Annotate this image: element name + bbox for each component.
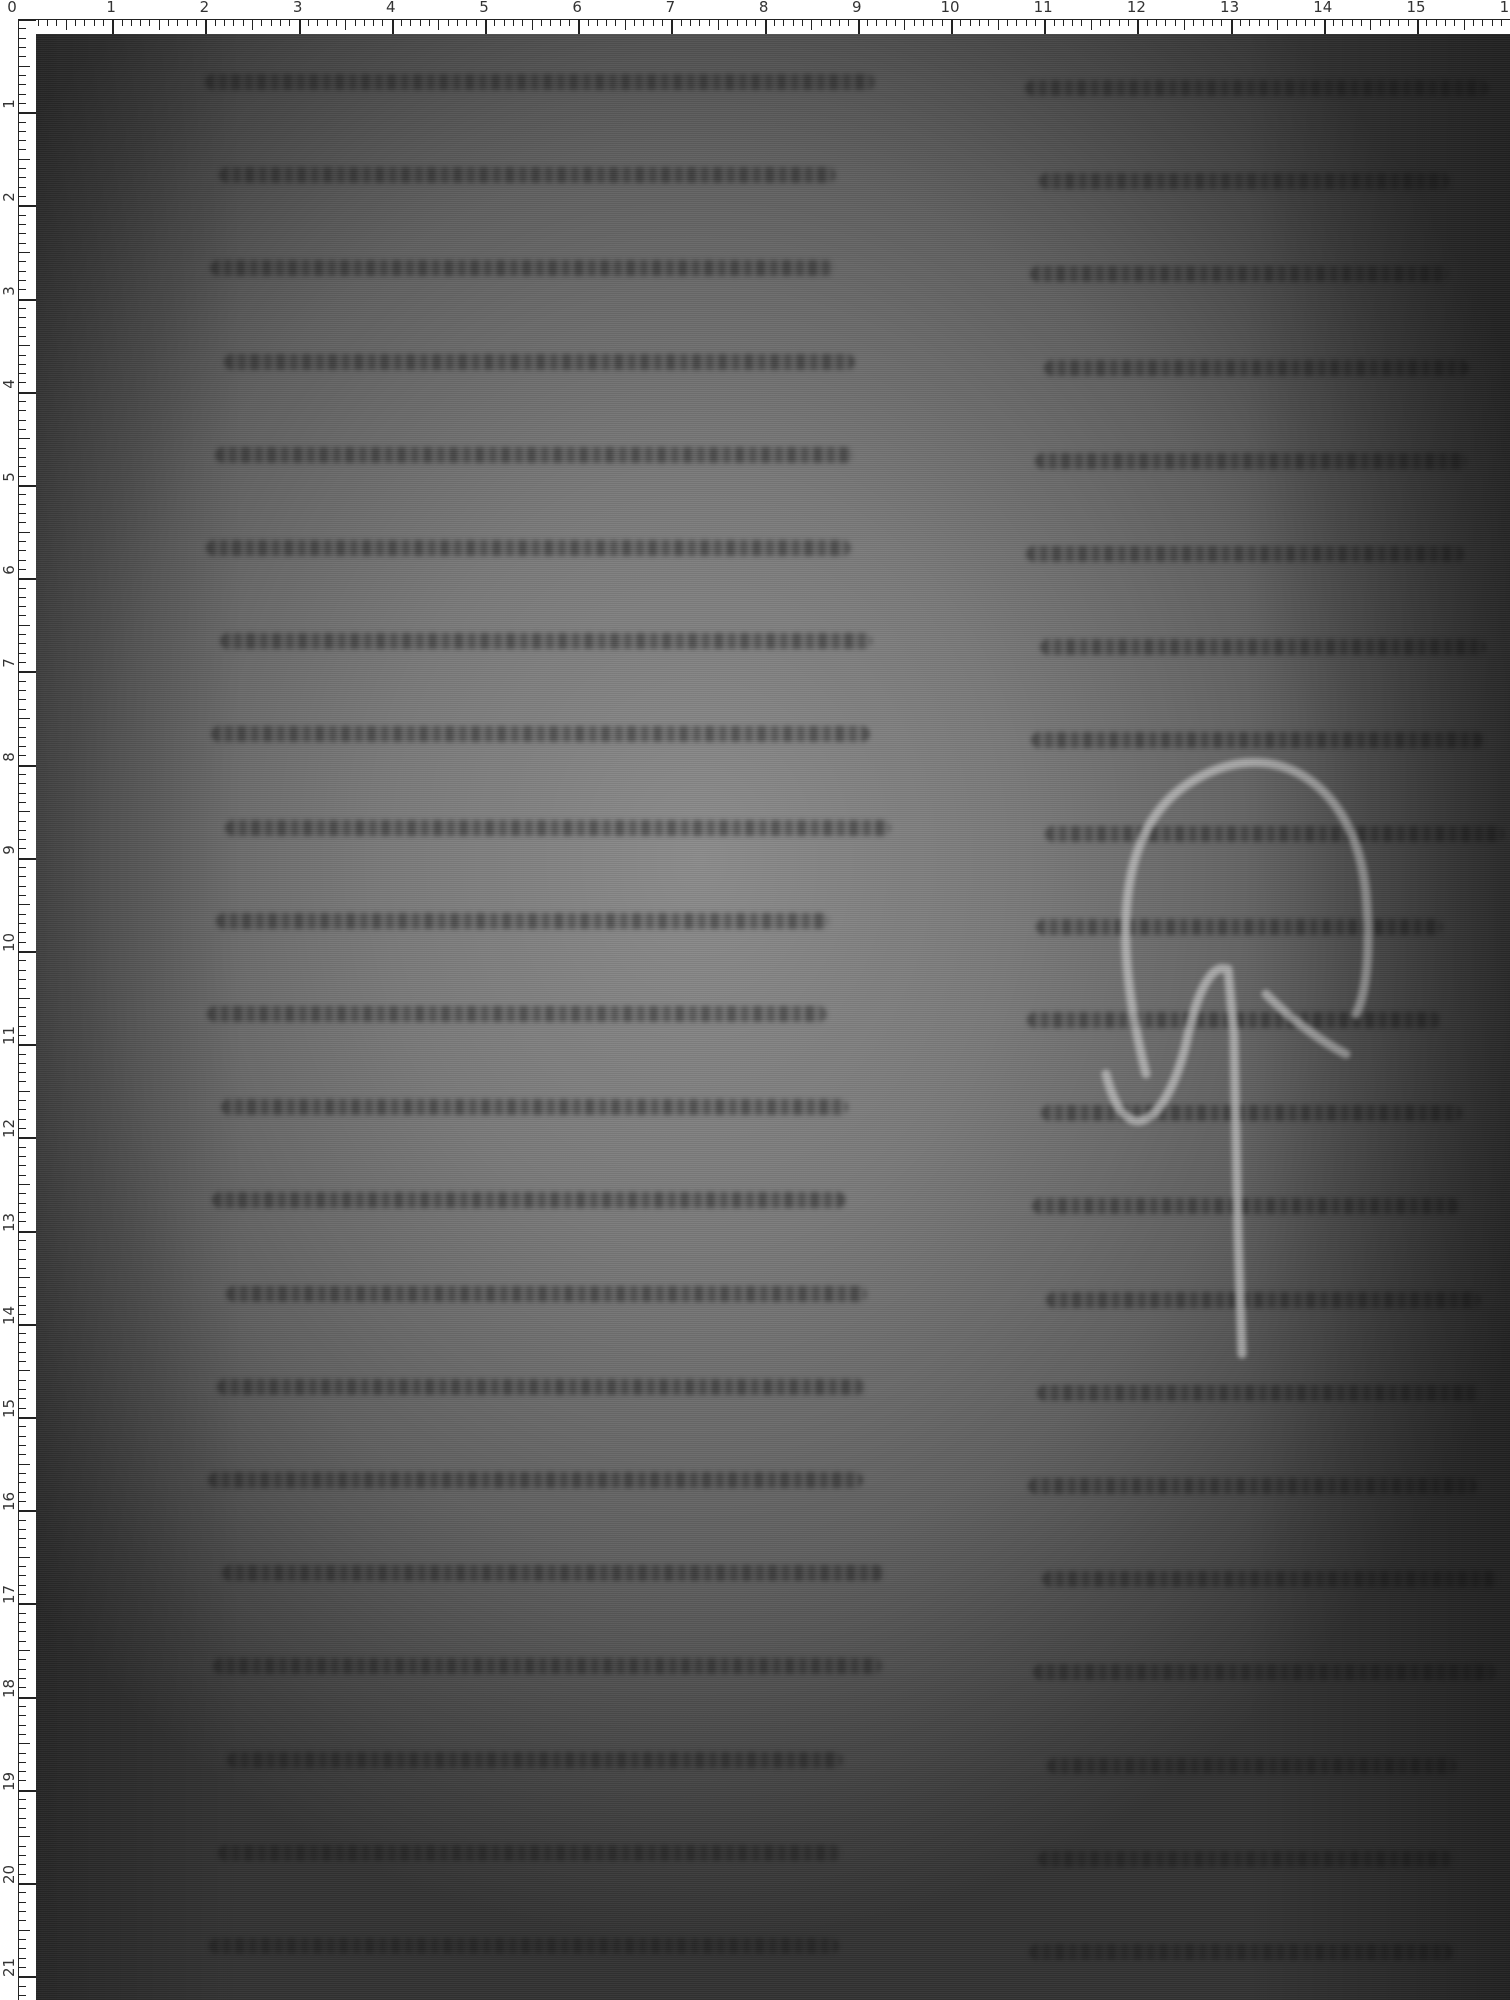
ruler-tick <box>19 1818 26 1819</box>
ruler-label: 0 <box>7 0 17 15</box>
ruler-tick <box>19 1715 26 1716</box>
ruler-tick <box>19 653 26 654</box>
ruler-tick <box>19 1510 36 1512</box>
ruler-tick <box>699 20 700 26</box>
ruler-label: 9 <box>852 0 862 15</box>
ruler-label: 8 <box>1 748 17 766</box>
ruler-tick <box>19 1920 26 1921</box>
ruler-tick <box>1128 20 1129 26</box>
ruler-tick <box>1277 20 1278 30</box>
ruler-tick <box>19 1147 26 1148</box>
ruler-tick <box>19 1855 26 1856</box>
ruler-tick <box>19 224 26 225</box>
ruler-tick <box>19 1408 26 1409</box>
ruler-tick <box>19 848 26 849</box>
ruler-label: 4 <box>386 0 396 15</box>
ruler-tick <box>19 1352 26 1353</box>
ruler-tick <box>19 1212 26 1213</box>
ruler-tick <box>345 20 346 30</box>
ruler-tick <box>1501 20 1502 26</box>
ruler-tick <box>1408 20 1409 26</box>
ruler-tick <box>1464 20 1465 30</box>
ruler-tick <box>876 20 877 26</box>
ruler-tick <box>19 1296 26 1297</box>
ruler-label: 4 <box>1 375 17 393</box>
ruler-tick <box>19 699 26 700</box>
ruler-tick <box>1026 20 1027 26</box>
ruler-tick <box>19 336 26 337</box>
ruler-tick <box>19 727 26 728</box>
ruler-tick <box>1100 20 1101 26</box>
ruler-tick <box>19 345 30 346</box>
ruler-tick <box>998 20 999 30</box>
ruler-tick <box>19 1603 36 1605</box>
ruler-tick <box>19 1436 26 1437</box>
ruler-tick <box>19 1650 30 1651</box>
ruler-tick <box>19 588 26 589</box>
ruler-tick <box>886 20 887 26</box>
ruler-tick <box>19 1547 26 1548</box>
ruler-tick <box>634 20 635 26</box>
ruler-tick <box>19 1874 26 1875</box>
ruler-tick <box>19 1063 26 1064</box>
ruler-tick <box>19 858 36 860</box>
horizontal-ruler <box>18 19 1510 34</box>
ruler-tick <box>19 876 26 877</box>
ruler-tick <box>1147 20 1148 26</box>
ruler-label: 15 <box>1 1400 17 1418</box>
ruler-tick <box>19 299 36 301</box>
ruler-tick <box>19 942 26 943</box>
ruler-tick <box>19 904 30 905</box>
ruler-tick <box>112 20 114 35</box>
ruler-tick <box>420 20 421 26</box>
ruler-tick <box>848 20 849 26</box>
ruler-tick <box>19 215 26 216</box>
ruler-tick <box>1212 20 1213 26</box>
ruler-tick <box>1007 20 1008 26</box>
ruler-tick <box>597 20 598 26</box>
ruler-label: 1 <box>106 0 116 15</box>
ruler-tick <box>19 541 26 542</box>
ruler-tick <box>979 20 980 26</box>
ruler-tick <box>19 373 26 374</box>
ruler-tick <box>895 20 896 26</box>
ruler-tick <box>19 1016 26 1017</box>
ruler-tick <box>19 38 26 39</box>
ruler-tick <box>1314 20 1315 26</box>
ruler-tick <box>1389 20 1390 26</box>
ruler-tick <box>19 1622 26 1623</box>
ruler-tick <box>19 1948 26 1949</box>
ruler-tick <box>504 20 505 26</box>
ruler-tick <box>196 20 197 26</box>
manuscript-scan <box>36 34 1510 2000</box>
ruler-tick <box>970 20 971 26</box>
ruler-tick <box>19 56 26 57</box>
ruler-tick <box>19 560 26 561</box>
vertical-ruler <box>18 19 35 2000</box>
ruler-tick <box>19 1743 30 1744</box>
ruler-tick <box>19 1100 26 1101</box>
ruler-tick <box>19 550 26 551</box>
ruler-tick <box>19 1762 26 1763</box>
ruler-tick <box>19 1771 26 1772</box>
ruler-tick <box>19 1976 36 1978</box>
ruler-tick <box>336 20 337 26</box>
ruler-tick <box>19 1529 26 1530</box>
ruler-tick <box>951 20 953 35</box>
ruler-tick <box>19 914 26 915</box>
ruler-tick <box>19 280 26 281</box>
ruler-tick <box>19 494 26 495</box>
ruler-tick <box>19 1231 36 1233</box>
ruler-tick <box>19 1995 26 1996</box>
ruler-tick <box>19 1883 36 1885</box>
ruler-tick <box>19 243 26 244</box>
ruler-tick <box>494 20 495 26</box>
ruler-tick <box>578 20 580 35</box>
ruler-tick <box>1156 20 1157 26</box>
ruler-tick <box>793 20 794 26</box>
ruler-tick <box>233 20 234 26</box>
ruler-tick <box>1109 20 1110 26</box>
ruler-tick <box>19 1958 26 1959</box>
ruler-tick <box>19 1836 30 1837</box>
ruler-tick <box>1249 20 1250 26</box>
ruler-tick <box>19 671 36 673</box>
ruler-tick <box>19 1361 26 1362</box>
ruler-label: 12 <box>1 1120 17 1138</box>
ruler-tick <box>448 20 449 26</box>
ruler-tick <box>159 20 160 30</box>
ruler-tick <box>1221 20 1222 26</box>
ruler-tick <box>364 20 365 26</box>
ruler-tick <box>261 20 262 26</box>
ruler-tick <box>19 94 26 95</box>
ruler-tick <box>560 20 561 26</box>
ruler-tick <box>19 317 26 318</box>
ruler-tick <box>19 951 36 953</box>
ruler-tick <box>1398 20 1399 26</box>
ruler-tick <box>19 606 26 607</box>
ruler-tick <box>19 1203 26 1204</box>
ruler-tick <box>19 466 26 467</box>
ruler-label: 13 <box>1 1214 17 1232</box>
ruler-tick <box>19 1333 26 1334</box>
ruler-tick <box>709 20 710 26</box>
ruler-tick <box>904 20 905 30</box>
ruler-tick <box>19 513 26 514</box>
ruler-tick <box>1072 20 1073 26</box>
ruler-tick <box>681 20 682 26</box>
ruler-tick <box>19 1585 26 1586</box>
ruler-tick <box>1370 20 1371 30</box>
ruler-tick <box>19 774 26 775</box>
ruler-tick <box>550 20 551 26</box>
ruler-tick <box>19 1659 26 1660</box>
ruler-tick <box>19 327 26 328</box>
ruler-tick <box>466 20 467 26</box>
ruler-tick <box>19 1566 26 1567</box>
ruler-tick <box>19 1165 26 1166</box>
ruler-tick <box>19 793 26 794</box>
ruler-tick <box>1417 20 1419 35</box>
ruler-tick <box>19 420 26 421</box>
ruler-tick <box>19 261 26 262</box>
ruler-tick <box>1035 20 1036 26</box>
ruler-label: 21 <box>1 1959 17 1977</box>
ruler-label: 9 <box>1 841 17 859</box>
ruler-tick <box>19 578 36 580</box>
ruler-tick <box>1081 20 1082 26</box>
ruler-tick <box>187 20 188 26</box>
ruler-tick <box>19 28 26 29</box>
ruler-tick <box>373 20 374 26</box>
ruler-tick <box>19 187 26 188</box>
ruler-label: 2 <box>1 188 17 206</box>
ruler-tick <box>1044 20 1046 35</box>
ruler-tick <box>429 20 430 26</box>
ruler-tick <box>1342 20 1343 26</box>
ruler-tick <box>19 1268 26 1269</box>
ruler-tick <box>606 20 607 26</box>
ruler-tick <box>19 485 36 487</box>
ruler-tick <box>19 308 26 309</box>
ruler-tick <box>19 597 26 598</box>
ruler-tick <box>569 20 570 26</box>
ruler-tick <box>19 364 26 365</box>
ruler-tick <box>19 746 26 747</box>
ruler-tick <box>1287 20 1288 26</box>
ruler-tick <box>19 1892 26 1893</box>
ruler-tick <box>289 20 290 26</box>
ruler-tick <box>19 1072 26 1073</box>
ruler-tick <box>662 20 663 26</box>
ruler-tick <box>802 20 803 26</box>
ruler-tick <box>625 20 626 30</box>
ruler-tick <box>19 1687 26 1688</box>
ruler-tick <box>19 643 26 644</box>
ruler-tick <box>149 20 150 26</box>
ruler-tick <box>19 634 26 635</box>
ruler-tick <box>19 783 26 784</box>
ruler-tick <box>988 20 989 26</box>
ruler-tick <box>317 20 318 26</box>
ruler-tick <box>19 47 26 48</box>
ruler-tick <box>401 20 402 26</box>
ruler-tick <box>19 504 26 505</box>
ruler-tick <box>19 438 30 439</box>
ruler-tick <box>19 1314 26 1315</box>
ruler-tick <box>19 168 26 169</box>
ruler-tick <box>1184 20 1185 30</box>
ruler-tick <box>541 20 542 26</box>
ruler-tick <box>19 1902 26 1903</box>
ruler-tick <box>280 20 281 26</box>
ruler-tick <box>19 1454 26 1455</box>
ruler-tick <box>615 20 616 26</box>
ruler-tick <box>19 1277 30 1278</box>
ruler-tick <box>690 20 691 26</box>
ruler-tick <box>19 1175 26 1176</box>
ruler-tick <box>47 20 48 26</box>
ruler-tick <box>252 20 253 30</box>
ruler-tick <box>765 20 767 35</box>
ruler-tick <box>1240 20 1241 26</box>
ruler-tick <box>1016 20 1017 26</box>
ruler-tick <box>19 382 26 383</box>
ruler-tick <box>1193 20 1194 26</box>
ruler-tick <box>1482 20 1483 26</box>
ruler-label: 16 <box>1500 0 1510 15</box>
ruler-tick <box>392 20 394 35</box>
ruler-tick <box>19 457 26 458</box>
ruler-tick <box>382 20 383 26</box>
ruler-tick <box>821 20 822 26</box>
ruler-label: 10 <box>1 934 17 952</box>
ruler-tick <box>19 140 26 141</box>
ruler-tick <box>1259 20 1260 26</box>
ruler-tick <box>19 1398 26 1399</box>
ruler-tick <box>19 205 36 207</box>
ruler-label: 7 <box>1 654 17 672</box>
ruler-tick <box>19 410 26 411</box>
ruler-tick <box>19 662 26 663</box>
ruler-tick <box>19 811 30 812</box>
ruler-tick <box>19 112 36 114</box>
ruler-tick <box>19 960 26 961</box>
ruler-tick <box>19 625 30 626</box>
ruler-tick <box>19 1128 26 1129</box>
ruler-tick <box>19 233 26 234</box>
ruler-tick <box>19 737 26 738</box>
ruler-tick <box>19 1575 26 1576</box>
ruler-tick <box>19 429 26 430</box>
ruler-tick <box>19 1221 26 1222</box>
ruler-tick <box>19 1035 26 1036</box>
ruler-tick <box>1054 20 1055 26</box>
ruler-tick <box>1203 20 1204 26</box>
ruler-tick <box>1137 20 1139 35</box>
ruler-tick <box>19 1967 26 1968</box>
ruler-tick <box>476 20 477 26</box>
ruler-tick <box>914 20 915 26</box>
ruler-tick <box>1361 20 1362 26</box>
ruler-tick <box>19 1137 36 1139</box>
ruler-tick <box>271 20 272 26</box>
ruler-tick <box>299 20 301 35</box>
ruler-tick <box>19 895 26 896</box>
ruler-tick <box>38 20 39 26</box>
ruler-tick <box>19 1380 26 1381</box>
ruler-label: 3 <box>1 282 17 300</box>
ruler-tick <box>1119 20 1120 26</box>
ruler-tick <box>84 20 85 26</box>
ruler-label: 3 <box>293 0 303 15</box>
ruler-tick <box>19 923 26 924</box>
ruler-tick <box>19 149 26 150</box>
ruler-tick <box>19 401 26 402</box>
ruler-tick <box>19 75 26 76</box>
ruler-tick <box>19 979 26 980</box>
ruler-tick <box>653 20 654 26</box>
ruler-tick <box>19 1026 26 1027</box>
ruler-tick <box>19 886 26 887</box>
ruler-label: 13 <box>1220 0 1239 15</box>
ruler-label: 8 <box>759 0 769 15</box>
ruler-tick <box>19 1482 26 1483</box>
ruler-tick <box>355 20 356 26</box>
ruler-tick <box>94 20 95 26</box>
ruler-tick <box>19 1464 30 1465</box>
ruler-tick <box>643 20 644 26</box>
ruler-tick <box>19 1342 26 1343</box>
ruler-tick <box>942 20 943 26</box>
ruler-label: 11 <box>1034 0 1053 15</box>
ruler-label: 14 <box>1 1307 17 1325</box>
ruler-tick <box>1473 20 1474 26</box>
ruler-tick <box>19 1054 26 1055</box>
ruler-tick <box>1426 20 1427 26</box>
ruler-tick <box>19 196 26 197</box>
ruler-tick <box>830 20 831 26</box>
ruler-tick <box>19 1492 26 1493</box>
ruler-tick <box>923 20 924 26</box>
ruler-tick <box>1445 20 1446 26</box>
ruler-tick <box>19 765 36 767</box>
ruler-tick <box>737 20 738 26</box>
ruler-label: 10 <box>940 0 959 15</box>
ruler-label: 6 <box>572 0 582 15</box>
ruler-tick <box>19 1669 26 1670</box>
ruler-tick <box>19 1389 26 1390</box>
ruler-tick <box>19 1091 30 1092</box>
ruler-tick <box>19 867 26 868</box>
ruler-tick <box>1352 20 1353 26</box>
ruler-label: 5 <box>479 0 489 15</box>
ruler-tick <box>858 20 860 35</box>
ruler-tick <box>1333 20 1334 26</box>
ruler-tick <box>19 821 26 822</box>
ruler-tick <box>727 20 728 26</box>
ruler-tick <box>19 1417 36 1419</box>
ruler-tick <box>103 20 104 26</box>
ruler-tick <box>308 20 309 26</box>
ruler-tick <box>19 84 26 85</box>
ruler-tick <box>19 1753 26 1754</box>
ruler-tick <box>19 532 30 533</box>
ruler-tick <box>513 20 514 26</box>
ruler-tick <box>19 1678 26 1679</box>
ruler-label: 1 <box>1 95 17 113</box>
ruler-tick <box>19 1725 26 1726</box>
ruler-label: 6 <box>1 561 17 579</box>
ruler-tick <box>168 20 169 26</box>
ruler-tick <box>19 1081 26 1082</box>
ruler-tick <box>1436 20 1437 26</box>
ruler-tick <box>19 1780 26 1781</box>
ruler-tick <box>19 1594 26 1595</box>
ruler-tick <box>746 20 747 26</box>
ruler-tick <box>19 1287 26 1288</box>
ruler-tick <box>19 122 26 123</box>
ruler-tick <box>19 690 26 691</box>
ruler-tick <box>19 1184 30 1185</box>
ruler-tick <box>19 392 36 394</box>
ruler-tick <box>56 20 57 26</box>
ruler-tick <box>19 66 30 67</box>
